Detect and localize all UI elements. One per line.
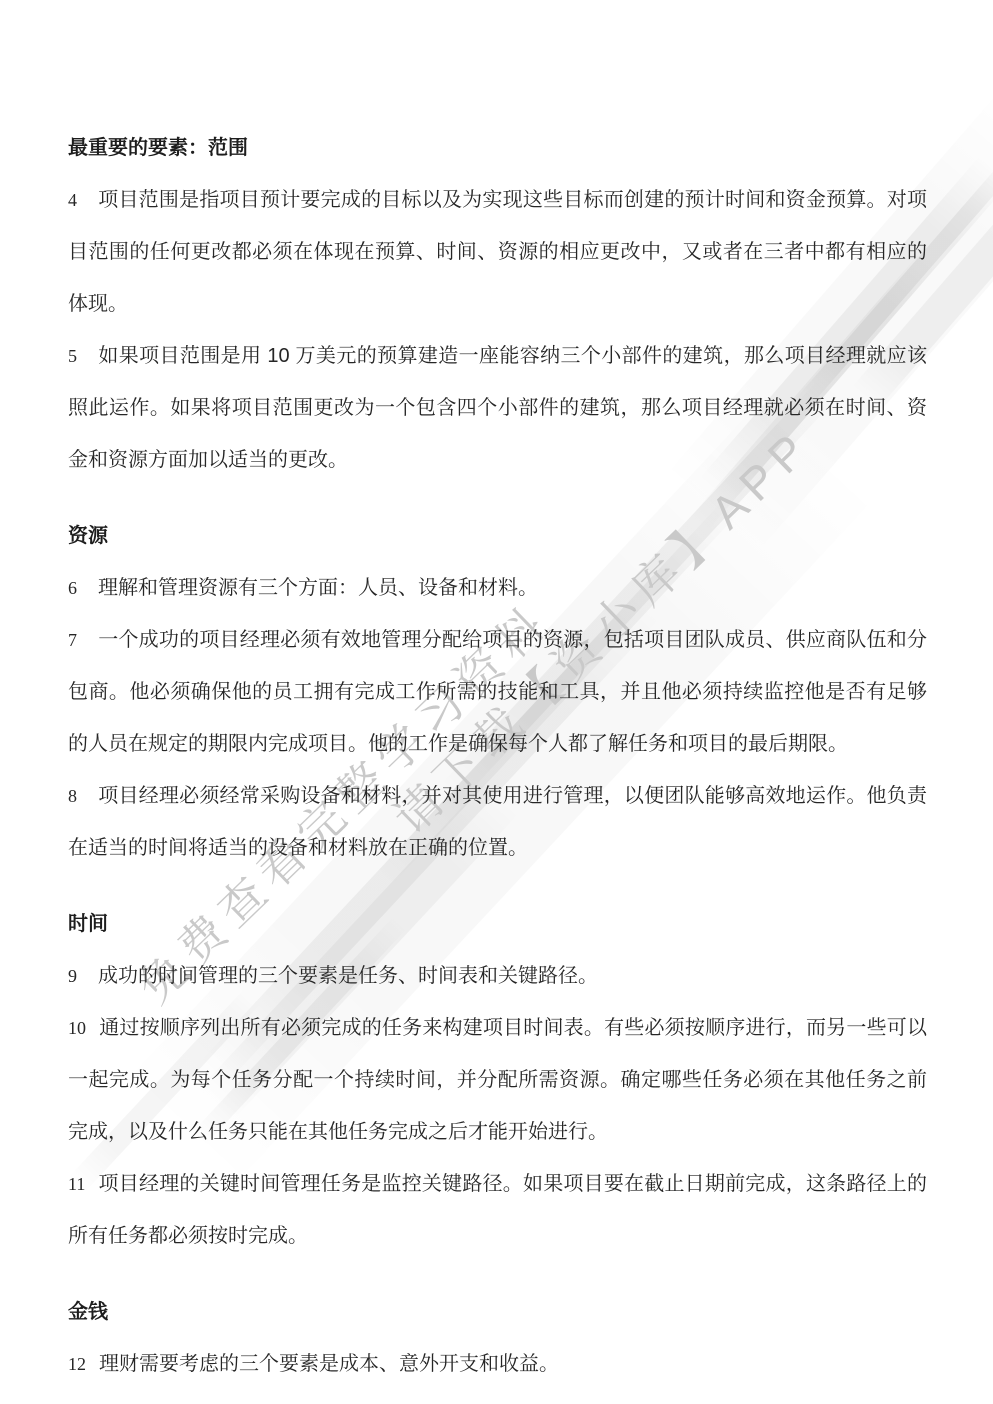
item-number: 7 <box>68 614 85 666</box>
section-heading: 时间 <box>68 898 927 950</box>
paragraph: 6理解和管理资源有三个方面：人员、设备和材料。 <box>68 562 927 614</box>
item-text: 理解和管理资源有三个方面：人员、设备和材料。 <box>98 577 538 599</box>
item-number: 11 <box>68 1158 85 1210</box>
paragraph: 12理财需要考虑的三个要素是成本、意外开支和收益。 <box>68 1338 927 1390</box>
section-heading: 金钱 <box>68 1286 927 1338</box>
section-heading: 资源 <box>68 510 927 562</box>
document-body: 最重要的要素：范围4项目范围是指项目预计要完成的目标以及为实现这些目标而创建的预… <box>0 0 993 1404</box>
item-text: 通过按顺序列出所有必须完成的任务来构建项目时间表。有些必须按顺序进行，而另一些可… <box>68 1017 927 1143</box>
section-heading: 最重要的要素：范围 <box>68 122 927 174</box>
item-number: 12 <box>68 1338 86 1390</box>
paragraph: 7一个成功的项目经理必须有效地管理分配给项目的资源，包括项目团队成员、供应商队伍… <box>68 614 927 770</box>
item-text: 项目经理的关键时间管理任务是监控关键路径。如果项目要在截止日期前完成，这条路径上… <box>68 1173 927 1247</box>
item-text: 项目范围是指项目预计要完成的目标以及为实现这些目标而创建的预计时间和资金预算。对… <box>68 189 927 315</box>
paragraph: 11项目经理的关键时间管理任务是监控关键路径。如果项目要在截止日期前完成，这条路… <box>68 1158 927 1262</box>
item-text: 如果项目范围是用 10 万美元的预算建造一座能容纳三个小部件的建筑，那么项目经理… <box>68 345 927 471</box>
item-number: 9 <box>68 950 85 1002</box>
paragraph: 10通过按顺序列出所有必须完成的任务来构建项目时间表。有些必须按顺序进行，而另一… <box>68 1002 927 1158</box>
item-text: 项目经理必须经常采购设备和材料，并对其使用进行管理，以便团队能够高效地运作。他负… <box>68 785 927 859</box>
item-text: 一个成功的项目经理必须有效地管理分配给项目的资源，包括项目团队成员、供应商队伍和… <box>68 629 927 755</box>
paragraph: 8项目经理必须经常采购设备和材料，并对其使用进行管理，以便团队能够高效地运作。他… <box>68 770 927 874</box>
item-number: 6 <box>68 562 85 614</box>
item-number: 8 <box>68 770 85 822</box>
item-number: 4 <box>68 174 85 226</box>
paragraph: 5如果项目范围是用 10 万美元的预算建造一座能容纳三个小部件的建筑，那么项目经… <box>68 330 927 486</box>
item-number: 10 <box>68 1002 86 1054</box>
paragraph: 4项目范围是指项目预计要完成的目标以及为实现这些目标而创建的预计时间和资金预算。… <box>68 174 927 330</box>
document-page: 免费查看完整学习资料 请下载【资小库】APP 最重要的要素：范围4项目范围是指项… <box>0 0 993 1404</box>
item-text: 成功的时间管理的三个要素是任务、时间表和关键路径。 <box>98 965 598 987</box>
paragraph: 9成功的时间管理的三个要素是任务、时间表和关键路径。 <box>68 950 927 1002</box>
item-text: 理财需要考虑的三个要素是成本、意外开支和收益。 <box>99 1353 559 1375</box>
item-number: 5 <box>68 330 85 382</box>
